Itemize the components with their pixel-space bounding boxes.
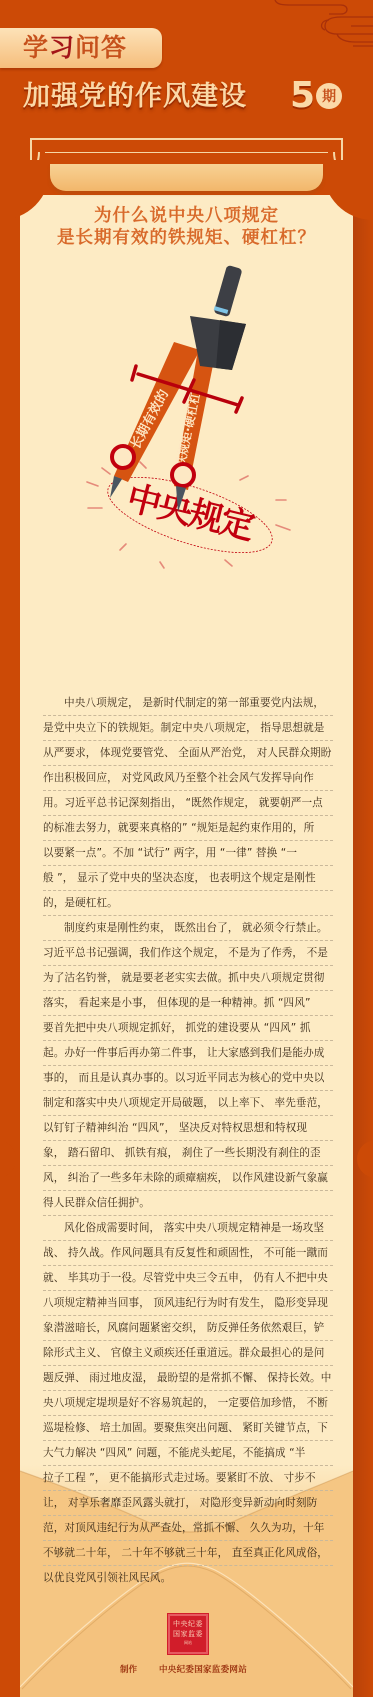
publisher-seal: 中央纪委 国家监委 网站 [168,1614,208,1654]
question-line-2: 是长期有效的铁规矩、硬杠杠？ [20,227,353,249]
text-line: 用。习近平总书记深刻指出， “既然作规定， 就要朝严一点 [43,791,333,816]
issue-unit-badge: 期 [316,83,342,109]
text-line: 制定和落实中央八项规定开局破题， 以上率下、 率先垂范， [43,1091,333,1116]
text-line: 中央八项规定， 是新时代制定的第一部重要党内法规， [43,691,333,716]
svg-text:中央规定: 中央规定 [123,478,259,548]
text-line: 习近平总书记强调，我们作这个规定， 不是为了作秀， 不是 [43,941,333,966]
text-line: 得人民群众信任拥护。 [43,1191,333,1216]
text-line: 央八项规定堤坝是好不容易筑起的， 一定要倍加珍惜， 不断 [43,1391,333,1416]
text-line: 题反弹、 雨过地皮湿， 最盼望的是常抓不懈、 保持长效。中 [43,1366,333,1391]
text-line: 拉子工程 ”， 更不能搞形式走过场。要紧盯不放、 寸步不 [43,1466,333,1491]
text-line: 大气力解决 “四风” 问题，不能虎头蛇尾，不能搞成 “半 [43,1441,333,1466]
paragraph-3: 风化俗成需要时间， 落实中央八项规定精神是一场攻坚 战、 持久战。作风问题具有反… [43,1216,333,1591]
text-line: 从严要求， 体现党要管党、 全面从严治党， 对人民群众期盼 [43,741,333,766]
series-tag: 学习问答 [0,28,162,68]
issue-number: 5 [290,76,315,116]
text-line: 风， 纠治了一些多年未除的顽瘴痼疾， 以作风建设新气象赢 [43,1166,333,1191]
stamp-text-group: 中央规定 [123,478,259,548]
cloud-decoration-icon [213,0,373,60]
seal-line-1: 中央纪委 [170,1619,206,1629]
side-notch-left [0,1140,16,1178]
text-line: 是党中央立下的铁规矩。制定中央八项规定， 指导思想就是 [43,716,333,741]
made-by-label: 制作 [120,1663,137,1675]
seal-line-3: 网站 [170,1639,206,1647]
paragraph-2: 制度约束是刚性约束， 既然出台了， 就必须令行禁止。 习近平总书记强调，我们作这… [43,916,333,1216]
text-line: 让， 对享乐奢靡歪风露头就打， 对隐形变异新动向时刻防 [43,1491,333,1516]
text-line: 作出积极回应， 对党风政风乃至整个社会风气发挥导向作 [43,766,333,791]
text-line: 的标准去努力，就要来真格的” “规矩是起约束作用的，所 [43,816,333,841]
series-tag-char-1: 学 [23,33,49,62]
text-line: 般 ”， 显示了党中央的坚决态度， 也表明这个规定是刚性 [43,866,333,891]
compass-illustration: 中央规定 长期有效的 铁规矩·硬杠杠 [80,250,300,570]
text-line: 战、 持久战。作风问题具有反复性和顽固性， 不可能一蹴而 [43,1241,333,1266]
text-line: 范，对顶风违纪行为从严查处，常抓不懈、 久久为功，十年 [43,1516,333,1541]
text-line: 为了沽名钓誉， 就是要老老实实去做。抓中央八项规定贯彻 [43,966,333,991]
poster: 学习问答 加强党的作风建设 5 期 为什么说中央八项规定 是长期有效的铁规矩、硬… [0,0,373,1697]
text-line: 不够就二十年， 二十年不够就三十年， 直至真正化风成俗， [43,1541,333,1566]
paragraph-1: 中央八项规定， 是新时代制定的第一部重要党内法规， 是党中央立下的铁规矩。制定中… [43,691,333,916]
made-by-organization: 中央纪委国家监委网站 [159,1663,247,1675]
text-line: 象潜滋暗长，风腐问题紧密交织， 防反弹任务依然艰巨，铲 [43,1316,333,1341]
text-line: 要首先把中央八项规定抓好， 抓党的建设要从 “四风” 抓 [43,1016,333,1041]
text-line: 巡堤检修、 培土加固。要聚焦突出问题、 紧盯关键节点，下 [43,1416,333,1441]
text-line: 风化俗成需要时间， 落实中央八项规定精神是一场攻坚 [43,1216,333,1241]
question-heading: 为什么说中央八项规定 是长期有效的铁规矩、硬杠杠？ [20,205,353,249]
text-line: 事的， 而且是认真办事的。以习近平同志为核心的党中央以 [43,1066,333,1091]
text-line: 以要紧一点”。不加 “试行” 两字，用 “一律” 替换 “一 [43,841,333,866]
seal-line-2: 国家监委 [170,1629,206,1639]
text-line: 就、 毕其功于一役。尽管党中央三令五申， 仍有人不把中央 [43,1266,333,1291]
series-tag-text: 学习问答 [23,30,127,66]
text-line: 的，是硬杠杠。 [43,891,333,916]
article-body: 中央八项规定， 是新时代制定的第一部重要党内法规， 是党中央立下的铁规矩。制定中… [43,691,333,1591]
text-line: 除形式主义、 官僚主义顽疾还任重道远。群众最担心的是问 [43,1341,333,1366]
text-line: 制度约束是刚性约束， 既然出台了， 就必须令行禁止。 [43,916,333,941]
scroll-roll [50,164,323,191]
series-tag-char-3: 问答 [75,33,127,62]
text-line: 八项规定精神当回事， 顶风违纪行为时有发生， 隐形变异现 [43,1291,333,1316]
paper-edge-shadow [353,195,373,1697]
text-line: 象， 踏石留印、 抓铁有痕， 刹住了一些长期没有刹住的歪 [43,1141,333,1166]
issue-indicator: 5 期 [290,76,342,116]
text-line: 落实， 看起来是小事， 但体现的是一种精神。抓 “四风” [43,991,333,1016]
scroll-frame-line [45,152,328,153]
main-title: 加强党的作风建设 [23,79,247,115]
series-tag-char-2: 习 [49,33,75,62]
text-line: 以优良党风引领社风民风。 [43,1566,333,1591]
scroll-frame [30,138,343,160]
text-line: 以钉钉子精神纠治 “四风”， 坚决反对特权思想和特权现 [43,1116,333,1141]
text-line: 起。办好一件事后再办第二件事， 让大家感到我们是能办成 [43,1041,333,1066]
question-line-1: 为什么说中央八项规定 [20,205,353,227]
compass-head [190,265,246,370]
